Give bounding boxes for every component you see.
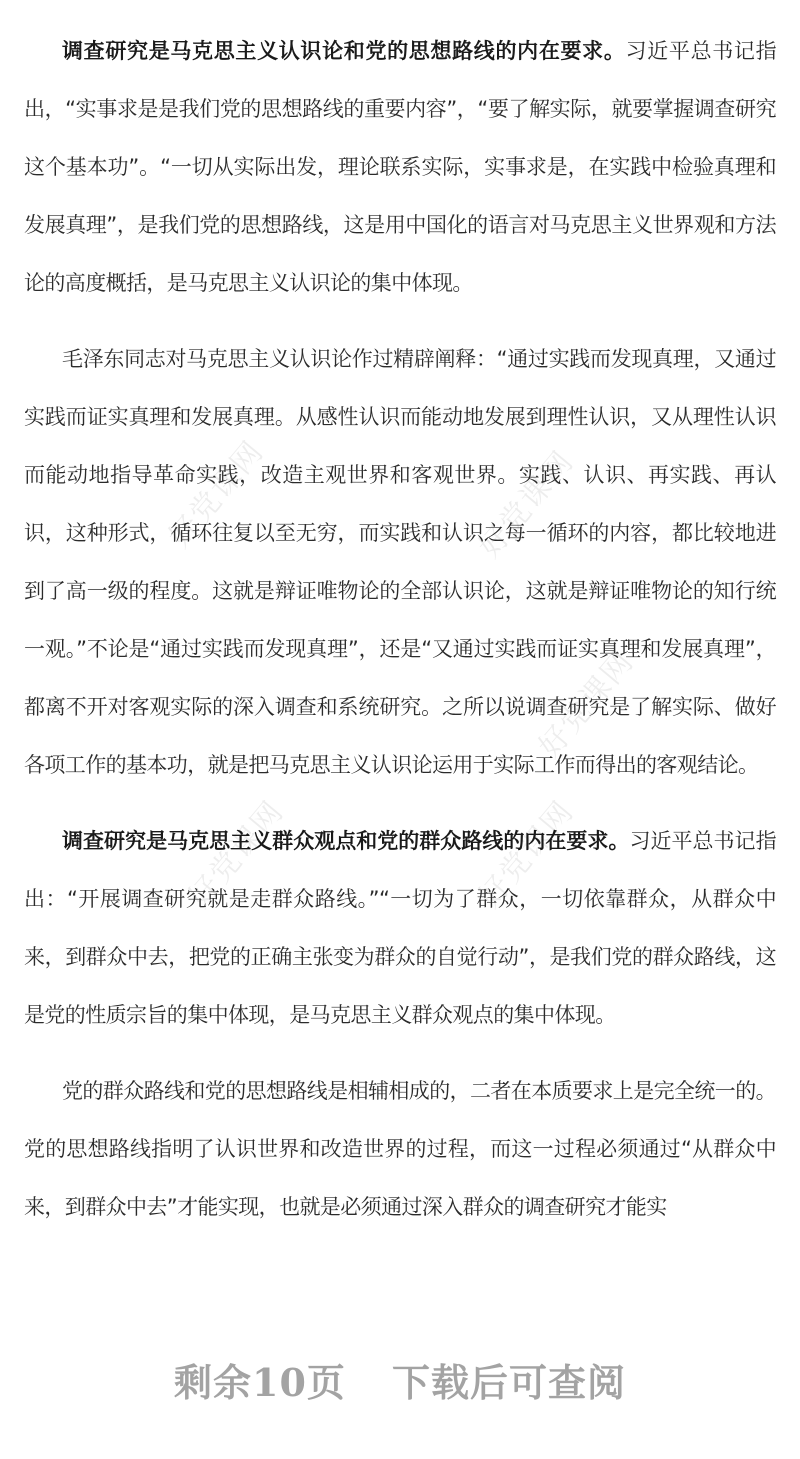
remaining-pages-label: 剩余10页 (174, 1360, 346, 1405)
paragraph-lead-bold: 调查研究是马克思主义认识论和党的思想路线的内在要求。 (62, 39, 626, 63)
paragraph-lead-bold: 调查研究是马克思主义群众观点和党的群众路线的内在要求。 (62, 829, 629, 853)
paragraph-3: 调查研究是马克思主义群众观点和党的群众路线的内在要求。习近平总书记指出：“开展调… (24, 812, 776, 1044)
paragraph-body: 党的群众路线和党的思想路线是相辅相成的，二者在本质要求上是完全统一的。党的思想路… (24, 1079, 776, 1219)
document-body: 调查研究是马克思主义认识论和党的思想路线的内在要求。习近平总书记指出，“实事求是… (24, 22, 776, 1236)
paragraph-body: 习近平总书记指出，“实事求是是我们党的思想路线的重要内容”，“要了解实际，就要掌… (24, 39, 776, 295)
paragraph-1: 调查研究是马克思主义认识论和党的思想路线的内在要求。习近平总书记指出，“实事求是… (24, 22, 776, 312)
paragraph-body: 毛泽东同志对马克思主义认识论作过精辟阐释：“通过实践而发现真理，又通过实践而证实… (24, 347, 776, 777)
download-prompt-label: 下载后可查阅 (392, 1360, 626, 1405)
download-more-banner[interactable]: 剩余10页下载后可查阅 (0, 1352, 800, 1407)
paragraph-2: 毛泽东同志对马克思主义认识论作过精辟阐释：“通过实践而发现真理，又通过实践而证实… (24, 330, 776, 794)
paragraph-4: 党的群众路线和党的思想路线是相辅相成的，二者在本质要求上是完全统一的。党的思想路… (24, 1062, 776, 1236)
paragraph-body: 习近平总书记指出：“开展调查研究就是走群众路线。”“一切为了群众，一切依靠群众，… (24, 829, 776, 1027)
